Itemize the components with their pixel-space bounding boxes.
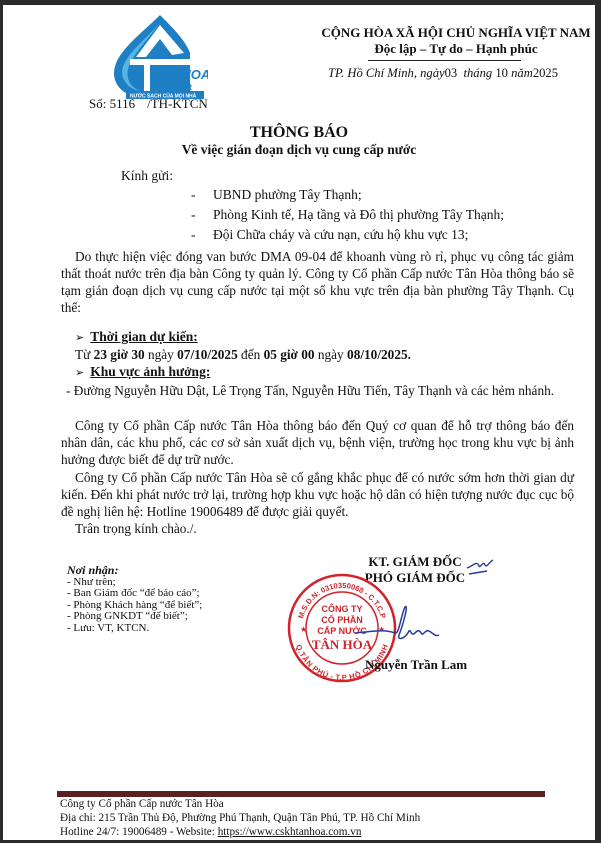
area-heading: ➢Khu vực ảnh hưởng: xyxy=(75,364,210,380)
addressee-label: Kính gửi: xyxy=(121,168,173,184)
signer-name: Nguyễn Trần Lam xyxy=(365,657,467,673)
time-heading: ➢Thời gian dự kiến: xyxy=(75,329,198,345)
from-date: 07/10/2025 xyxy=(177,347,238,362)
closing-line: Trân trọng kính chào./. xyxy=(61,520,574,537)
addressee-text: Đội Chữa cháy và cứu nạn, cứu hộ khu vực… xyxy=(213,227,468,242)
notice-text: Công ty Cổ phần Cấp nước Tân Hòa thông b… xyxy=(61,418,574,467)
day-label: ngày xyxy=(318,347,344,362)
addressee-item: -UBND phường Tây Thạnh; xyxy=(191,187,362,203)
day-label: ngày xyxy=(148,347,174,362)
document-page: TAN HOA WATER NƯỚC SẠCH CỦA MỌI NHÀ Số: … xyxy=(3,5,595,840)
addressee-item: -Phòng Kinh tế, Hạ tầng và Đô thị phường… xyxy=(191,207,504,223)
arrow-bullet-icon: ➢ xyxy=(75,332,84,344)
doc-number-label: Số: 5116 xyxy=(89,96,135,111)
document-title: THÔNG BÁO xyxy=(3,124,595,142)
document-number: Số: 5116/TH-KTCN xyxy=(89,96,208,112)
area-text: - Đường Nguyễn Hữu Dật, Lê Trọng Tấn, Ng… xyxy=(66,383,554,398)
arrow-bullet-icon: ➢ xyxy=(75,367,84,379)
closing-text: Trân trọng kính chào./. xyxy=(75,521,197,536)
date-month-label: tháng xyxy=(464,66,493,80)
addressee-text: UBND phường Tây Thạnh; xyxy=(213,187,362,202)
recipient-item: - Phòng GNKDT “để biết”; xyxy=(67,611,202,623)
intro-paragraph: Do thực hiện việc đóng van bước DMA 09-0… xyxy=(61,248,574,316)
signatory-line1: KT. GIÁM ĐỐC xyxy=(345,554,485,570)
date-day: 03 xyxy=(445,66,458,80)
nation-motto: Độc lập – Tự do – Hạnh phúc xyxy=(321,41,591,57)
nation-name: CỘNG HÒA XÃ HỘI CHỦ NGHĨA VIỆT NAM xyxy=(321,25,591,41)
recipient-item: - Ban Giám đốc “để báo cáo”; xyxy=(67,588,202,600)
area-heading-text: Khu vực ảnh hưởng: xyxy=(90,364,210,379)
time-heading-text: Thời gian dự kiến: xyxy=(90,329,198,344)
intro-text: Do thực hiện việc đóng van bước DMA 09-0… xyxy=(61,249,574,315)
remedy-paragraph: Công ty Cổ phần Cấp nước Tân Hòa sẽ cố g… xyxy=(61,469,574,520)
notice-paragraph: Công ty Cổ phần Cấp nước Tân Hòa thông b… xyxy=(61,417,574,468)
recipients-block: Nơi nhận: - Như trên; - Ban Giám đốc “để… xyxy=(67,565,202,634)
date-month: 10 xyxy=(495,66,508,80)
footer: Công ty Cổ phần Cấp nước Tân Hòa Địa chỉ… xyxy=(60,797,420,839)
to-time: 05 giờ 00 xyxy=(264,347,315,362)
footer-address: Địa chỉ: 215 Trần Thủ Độ, Phường Phú Thạ… xyxy=(60,811,420,825)
svg-text:WATER: WATER xyxy=(154,82,194,92)
date-year-label: năm xyxy=(511,66,533,80)
remedy-text: Công ty Cổ phần Cấp nước Tân Hòa sẽ cố g… xyxy=(61,470,574,519)
svg-text:★: ★ xyxy=(300,625,307,634)
initial-mark-icon xyxy=(465,556,495,578)
time-range: Từ 23 giờ 30 ngày 07/10/2025 đến 05 giờ … xyxy=(75,347,411,363)
motto-underline xyxy=(368,60,521,61)
signature-icon xyxy=(355,605,455,655)
document-subtitle: Về việc gián đoạn dịch vụ cung cấp nước xyxy=(3,142,595,158)
from-label: Từ xyxy=(75,347,90,362)
website-link[interactable]: https://www.cskhtanhoa.com.vn xyxy=(218,826,362,838)
national-header: CỘNG HÒA XÃ HỘI CHỦ NGHĨA VIỆT NAM Độc l… xyxy=(321,25,591,57)
date-year: 2025 xyxy=(533,66,558,80)
to-date: 08/10/2025. xyxy=(347,347,411,362)
addressee-text: Phòng Kinh tế, Hạ tầng và Đô thị phường … xyxy=(213,207,504,222)
svg-text:TAN HOA: TAN HOA xyxy=(152,67,208,82)
addressee-item: -Đội Chữa cháy và cứu nạn, cứu hộ khu vự… xyxy=(191,227,468,243)
recipient-item: - Lưu: VT, KTCN. xyxy=(67,623,202,635)
footer-contact: Hotline 24/7: 19006489 - Website: https:… xyxy=(60,825,420,839)
footer-hotline: Hotline 24/7: 19006489 - Website: xyxy=(60,826,218,838)
footer-company: Công ty Cổ phần Cấp nước Tân Hòa xyxy=(60,797,420,811)
date-line: TP. Hồ Chí Minh, ngày03 tháng 10 năm2025 xyxy=(328,66,558,81)
doc-number-suffix: /TH-KTCN xyxy=(147,96,208,111)
recipients-heading: Nơi nhận: xyxy=(67,565,202,577)
area-paragraph: - Đường Nguyễn Hữu Dật, Lê Trọng Tấn, Ng… xyxy=(61,382,574,399)
tan-hoa-water-logo-icon: TAN HOA WATER NƯỚC SẠCH CỦA MỌI NHÀ xyxy=(100,13,208,99)
to-label: đến xyxy=(241,347,260,362)
from-time: 23 giờ 30 xyxy=(94,347,145,362)
date-place: TP. Hồ Chí Minh, ngày xyxy=(328,66,445,80)
